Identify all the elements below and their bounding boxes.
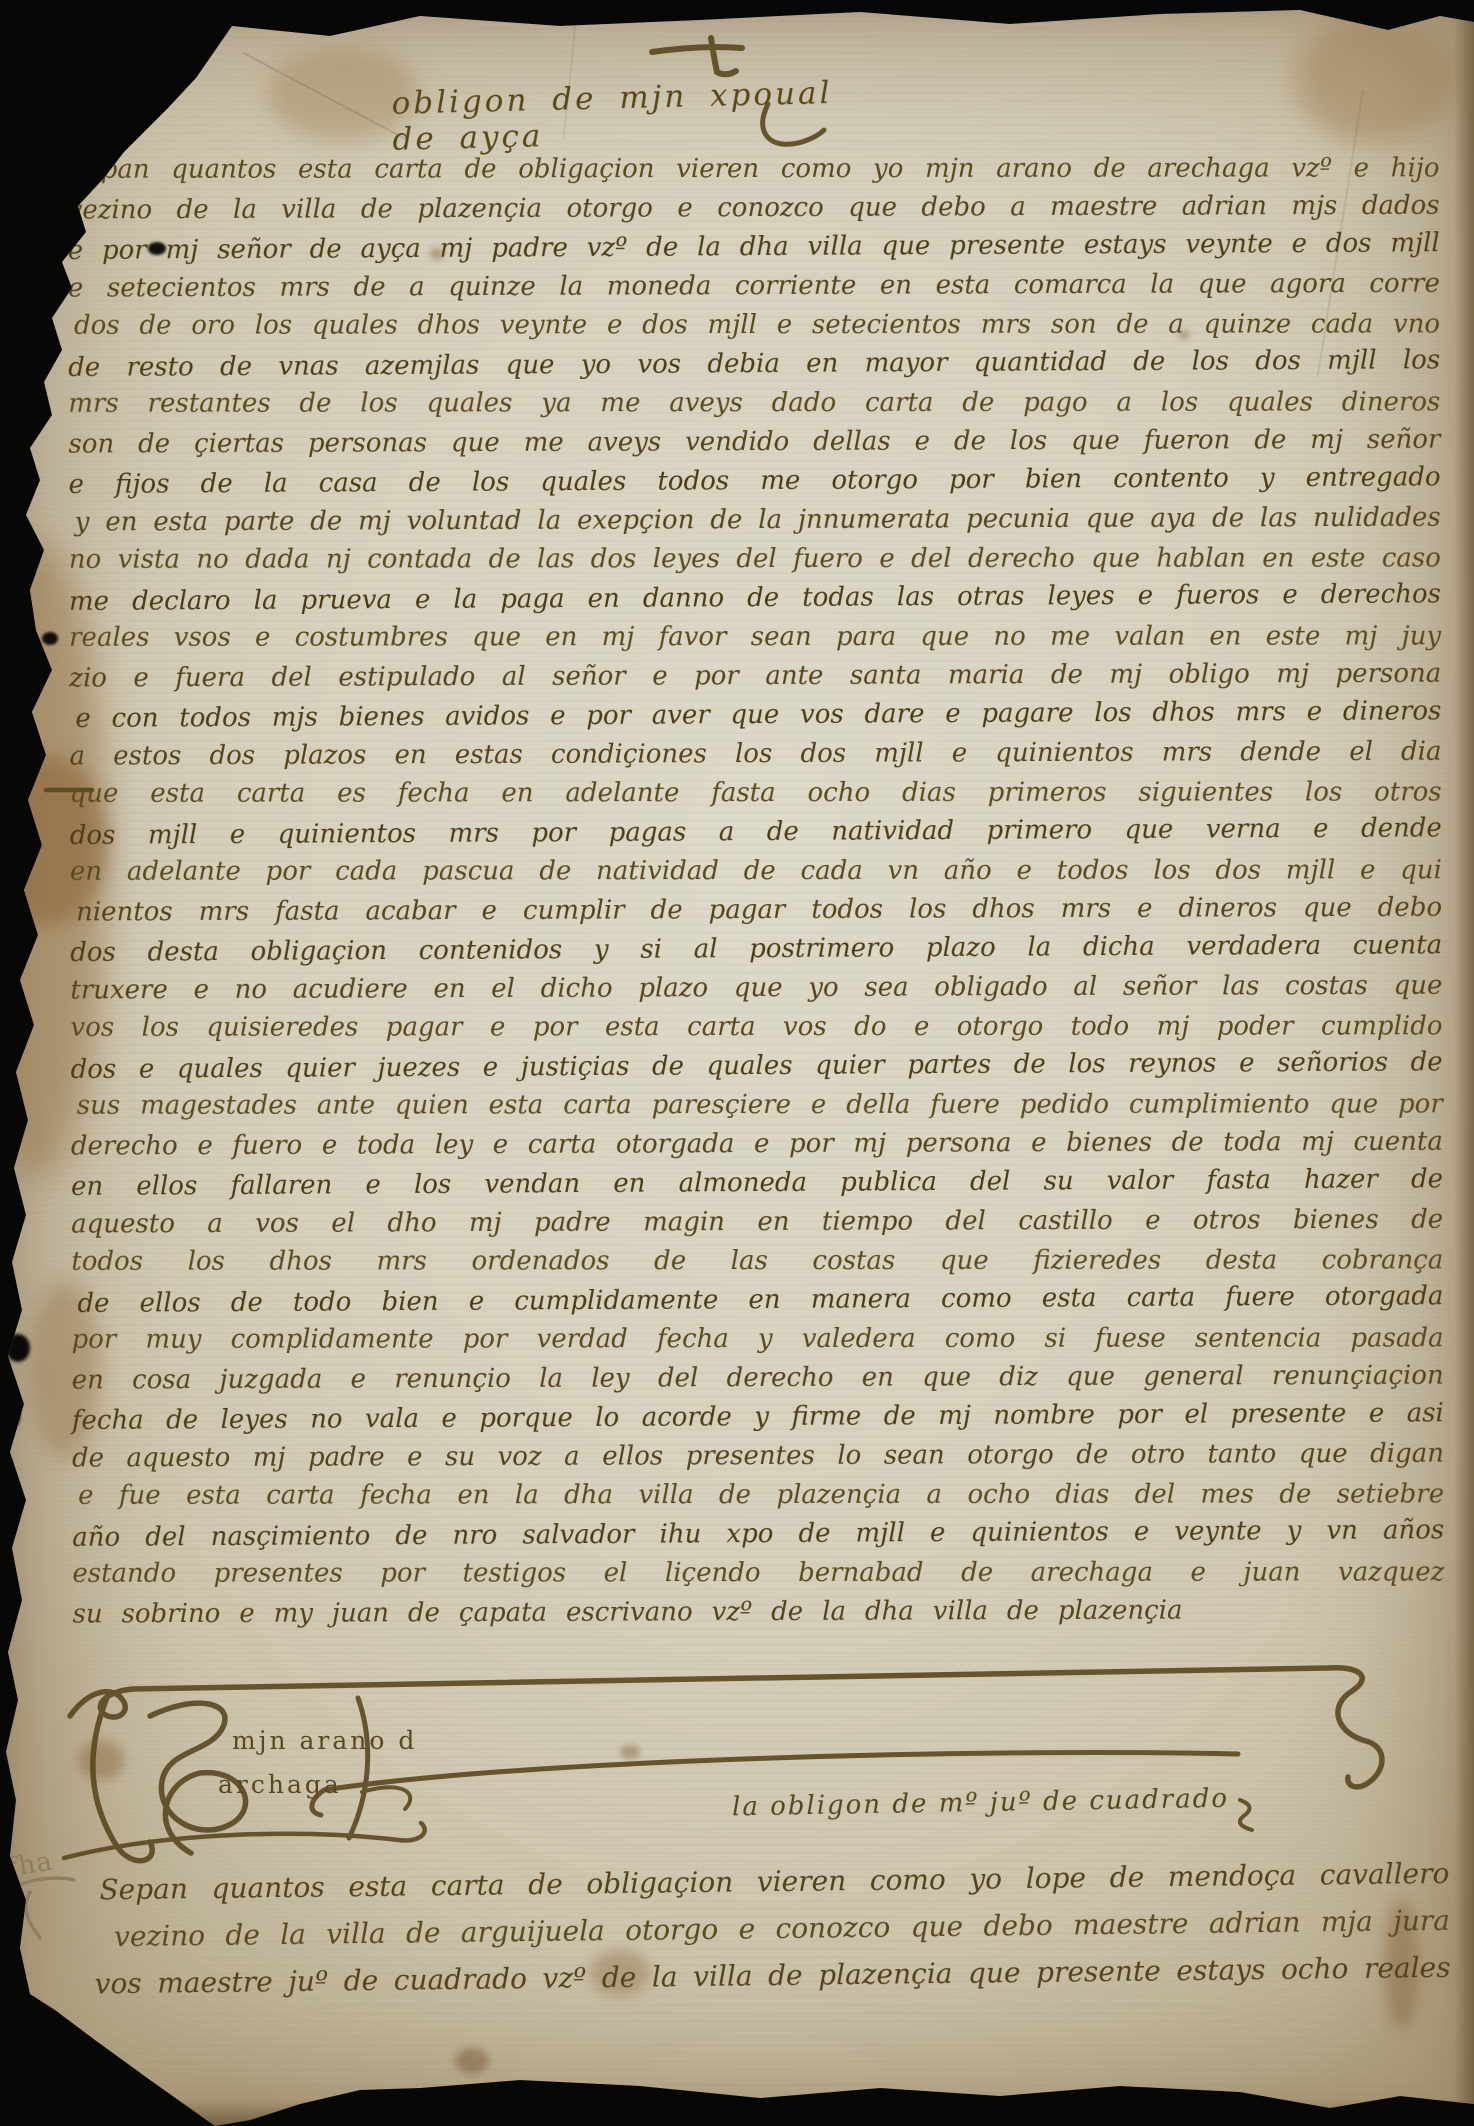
- invocation-cross-icon: [652, 38, 742, 74]
- second-paragraph: Sepan quantos esta carta de obligaçion v…: [99, 1850, 1451, 2007]
- manuscript-line: a estos dos plazos en estas condiçiones …: [69, 733, 1441, 777]
- manuscript-line: de ellos de todo bien e cumplidamente en…: [77, 1277, 1443, 1324]
- page-edge-right: [1454, 0, 1474, 2126]
- stain-bottom-small: [455, 2048, 489, 2074]
- crease-top-left: [243, 52, 407, 141]
- second-deed-heading: la obligon de mº juº de cuadrado: [732, 1784, 1229, 1823]
- signature-tail: [362, 1787, 410, 1809]
- foxing-spot-3: [620, 1745, 640, 1759]
- manuscript-line: dos de oro los quales dhos veynte e dos …: [74, 305, 1440, 345]
- manuscript-line: zio e fuera del estipulado al señor e po…: [69, 655, 1441, 699]
- margin-note-flourish: [16, 1878, 74, 1938]
- manuscript-line: de aquesto mj padre e su voz a ellos pre…: [72, 1435, 1444, 1479]
- rule-end-mark: [1240, 1800, 1252, 1830]
- tear-hole-1: [6, 1334, 30, 1362]
- manuscript-line: y en esta parte de mj voluntad la exepçi…: [75, 499, 1441, 543]
- manuscript-line: fecha de leyes no vala e porque lo acord…: [72, 1394, 1444, 1441]
- manuscript-line: derecho e fuero e toda ley e carta otorg…: [71, 1123, 1443, 1167]
- manuscript-line: me declaro la prueva e la paga en danno …: [69, 575, 1441, 622]
- manuscript-line: en adelante por cada pascua de natividad…: [70, 851, 1442, 891]
- manuscript-line: e fijos de la casa de los quales todos m…: [68, 458, 1440, 505]
- tear-hole-2: [2, 1406, 20, 1428]
- manuscript-line: e por mj señor de ayça mj padre vzº de l…: [68, 224, 1440, 271]
- signature-name-line1: mjn arano d: [232, 1726, 417, 1755]
- manuscript-line: vos los quisieredes pagar e por esta car…: [70, 1007, 1442, 1047]
- manuscript-line: de resto de vnas azemjlas que yo vos deb…: [68, 341, 1440, 388]
- body-text: Sepan quantos esta carta de obligaçion v…: [67, 148, 1444, 1635]
- stain-sig-area: [78, 1740, 124, 1780]
- manuscript-line: dos mjll e quinientos mrs por pagas a de…: [70, 809, 1442, 856]
- manuscript-line: vezino de la villa de plazençia otorgo e…: [68, 187, 1440, 231]
- manuscript-line: no vista no dada nj contada de las dos l…: [69, 539, 1441, 579]
- tear-hole-3: [42, 632, 58, 645]
- margin-note: fha: [6, 1846, 55, 1883]
- manuscript-line: mrs restantes de los quales ya me aveys …: [68, 383, 1440, 423]
- manuscript-line: truxere e no acudiere en el dicho plazo …: [70, 967, 1442, 1011]
- signature-name-line2: archaga: [218, 1770, 342, 1799]
- manuscript-line: e fue esta carta fecha en la dha villa d…: [78, 1475, 1444, 1515]
- manuscript-line: reales vsos e costumbres que en mj favor…: [69, 617, 1441, 657]
- manuscript-line: dos desta obligaçion contenidos y si al …: [70, 926, 1442, 973]
- paper-sheet: obligon de mjn xpoual de ayça Sepan quan…: [0, 0, 1474, 2126]
- signature-underline: [64, 1823, 425, 1858]
- manuscript-line: son de çiertas personas que me aveys ven…: [68, 421, 1440, 465]
- page-title: obligon de mjn xpoual de ayça: [391, 74, 863, 157]
- manuscript-line: e con todos mjs bienes avidos e por aver…: [75, 692, 1441, 739]
- page-edge-bottom: [0, 2100, 1474, 2126]
- manuscript-line: que esta carta es fecha en adelante fast…: [70, 773, 1442, 813]
- manuscript-line: sus magestades ante quien esta carta par…: [77, 1085, 1443, 1125]
- manuscript-line: en ellos fallaren e los vendan en almone…: [71, 1160, 1443, 1207]
- manuscript-line: nientos mrs fasta acabar e cumplir de pa…: [76, 889, 1442, 933]
- manuscript-line: año del nasçimiento de nro salvador ihu …: [72, 1511, 1444, 1558]
- signature-rubric-left: [93, 1700, 152, 1861]
- manuscript-line: por muy complidamente por verdad fecha y…: [72, 1319, 1444, 1359]
- manuscript-line: e setecientos mrs de a quinze la moneda …: [68, 265, 1440, 309]
- signature-rubric-right: [349, 1698, 368, 1838]
- manuscript-line: su sobrino e my juan de çapata escrivano…: [72, 1592, 1182, 1635]
- stain-top-right: [1295, 14, 1455, 144]
- manuscript-line: dos e quales quier juezes e justiçias de…: [71, 1043, 1443, 1090]
- manuscript-line: estando presentes por testigos el liçend…: [72, 1553, 1444, 1593]
- manuscript-line: aquesto a vos el dho mj padre magin en t…: [71, 1201, 1443, 1245]
- manuscript-line: en cosa juzgada e renunçio la ley del de…: [72, 1357, 1444, 1401]
- manuscript-line: Sepan quantos esta carta de obligaçion v…: [67, 149, 1439, 189]
- scanned-manuscript-page: obligon de mjn xpoual de ayça Sepan quan…: [0, 0, 1474, 2126]
- manuscript-line: todos los dhos mrs ordenados de las cost…: [71, 1241, 1443, 1281]
